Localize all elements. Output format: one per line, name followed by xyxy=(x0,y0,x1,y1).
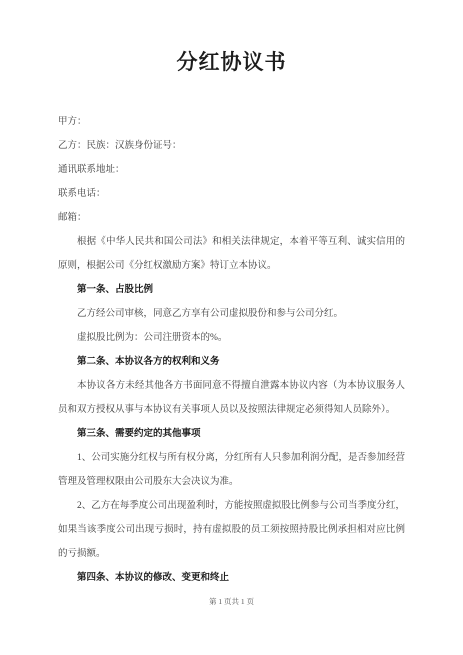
paragraph: 2、乙方在每季度公司出现盈利时，方能按照虚拟股比例参与公司当季度分红，如果当该季… xyxy=(58,494,405,566)
document-title: 分红协议书 xyxy=(0,48,463,78)
paragraph: 第三条、需要约定的其他事项 xyxy=(58,422,405,446)
paragraph: 1、公司实施分红权与所有权分离，分红所有人只参加利润分配，是否参加经营管理及管理… xyxy=(58,446,405,494)
paragraph: 乙方经公司审核，同意乙方享有公司虚拟股份和参与公司分红。 xyxy=(58,302,405,326)
paragraph: 根据《中华人民共和国公司法》和相关法律规定，本着平等互利、诚实信用的原则，根据公… xyxy=(58,230,405,278)
paragraph: 本协议各方未经其他各方书面同意不得擅自泄露本协议内容（为本协议服务人员和双方授权… xyxy=(58,374,405,422)
paragraph: 第一条、占股比例 xyxy=(58,278,405,302)
document-body: 甲方： 乙方：民族：汉族身份证号： 通讯联系地址： 联系电话： 邮箱： 根据《中… xyxy=(0,110,463,590)
page-number: 第 1 页共 1 页 xyxy=(0,590,463,614)
document-page: 分红协议书 甲方： 乙方：民族：汉族身份证号： 通讯联系地址： 联系电话： 邮箱… xyxy=(0,0,463,655)
paragraph: 第四条、本协议的修改、变更和终止 xyxy=(58,566,405,590)
paragraph: 第二条、本协议各方的权利和义务 xyxy=(58,350,405,374)
paragraph: 甲方： xyxy=(58,110,405,134)
paragraph: 邮箱： xyxy=(58,206,405,230)
paragraph: 乙方：民族：汉族身份证号： xyxy=(58,134,405,158)
paragraph: 虚拟股比例为：公司注册资本的%。 xyxy=(58,326,405,350)
paragraph: 联系电话： xyxy=(58,182,405,206)
paragraph: 通讯联系地址： xyxy=(58,158,405,182)
